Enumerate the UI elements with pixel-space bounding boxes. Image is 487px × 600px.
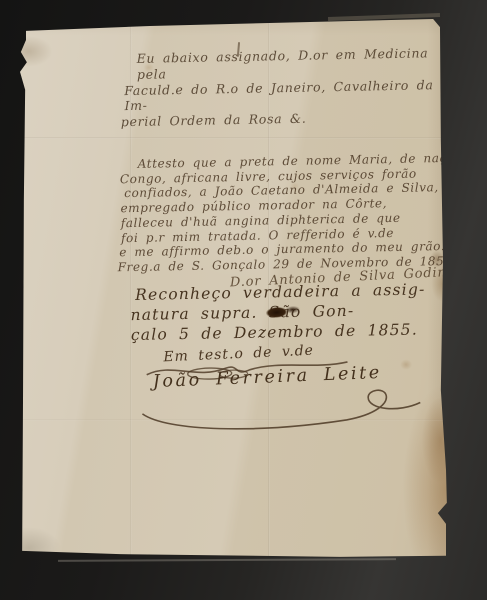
manuscript-paper: Eu abaixo assignado, D.or em Medicina pe… — [20, 19, 449, 559]
ink-blot — [260, 302, 307, 321]
handwriting-layer: Eu abaixo assignado, D.or em Medicina pe… — [19, 12, 458, 560]
notary-signature: João Ferreira Leite — [152, 363, 382, 392]
attestation-formula: Em test.o de v.de — [163, 343, 314, 366]
attestation-paragraph: Attesto que a preta de nome Maria, de na… — [120, 151, 467, 275]
photograph: Eu abaixo assignado, D.or em Medicina pe… — [0, 0, 487, 600]
second-sheet-edge-bottom — [58, 558, 396, 562]
opening-paragraph: Eu abaixo assignado, D.or em Medicina pe… — [119, 45, 450, 130]
